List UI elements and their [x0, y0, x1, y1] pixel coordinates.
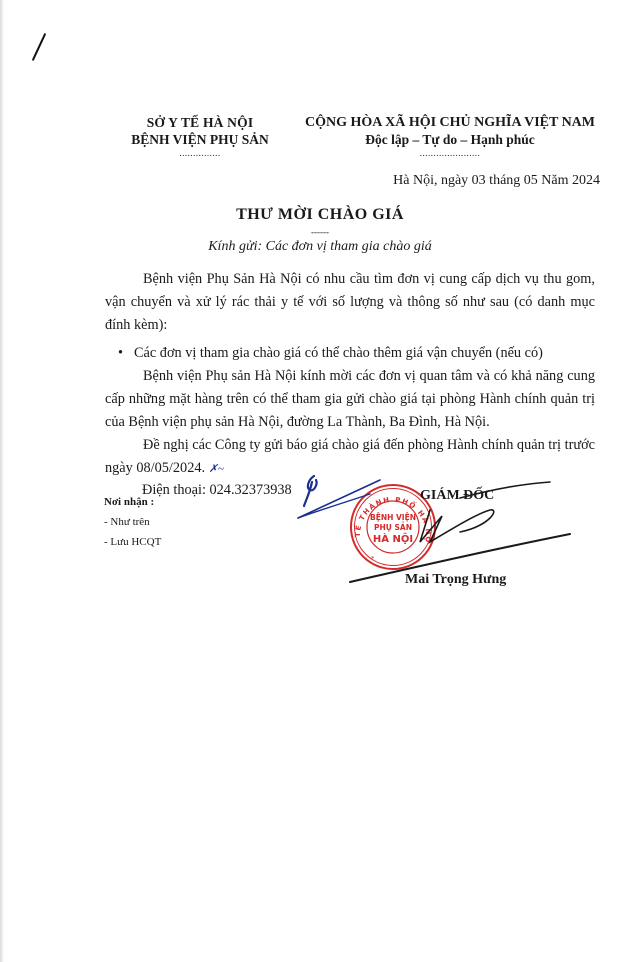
recipient-item: - Như trên: [104, 516, 161, 529]
svg-text:PHỤ SẢN: PHỤ SẢN: [374, 522, 412, 532]
title-separator: ------: [0, 227, 640, 237]
greeting: Kính gửi: Các đơn vị tham gia chào giá: [0, 239, 640, 255]
header-left-separator: ...............: [100, 148, 300, 158]
page-title: THƯ MỜI CHÀO GIÁ: [0, 206, 640, 224]
paragraph-deadline: Đề nghị các Công ty gửi báo giá chào giá…: [105, 434, 595, 481]
initial-mark-icon: ✗~: [209, 463, 224, 475]
department-name: SỞ Y TẾ HÀ NỘI: [100, 114, 300, 131]
recipients-label: Nơi nhận :: [104, 496, 161, 509]
scan-edge: [0, 0, 4, 962]
document-date: Hà Nội, ngày 03 tháng 05 Năm 2024: [360, 172, 600, 190]
deadline-text: Đề nghị các Công ty gửi báo giá chào giá…: [105, 437, 595, 476]
svg-text:BỆNH VIỆN: BỆNH VIỆN: [370, 513, 416, 522]
signer-title: GIÁM ĐỐC: [420, 488, 494, 504]
nation-name: CỘNG HÒA XÃ HỘI CHỦ NGHĨA VIỆT NAM: [300, 114, 600, 131]
bullet-icon: •: [118, 342, 134, 365]
bullet-text: Các đơn vị tham gia chào giá có thể chào…: [134, 345, 543, 361]
paragraph-invitation: Bệnh viện Phụ sản Hà Nội kính mời các đơ…: [105, 365, 595, 434]
issuing-agency: SỞ Y TẾ HÀ NỘI BỆNH VIỆN PHỤ SẢN .......…: [100, 114, 300, 158]
recipient-item: - Lưu HCQT: [104, 536, 161, 549]
svg-text:HÀ NỘI: HÀ NỘI: [373, 532, 413, 545]
phone-number: Điện thoại: 024.32373938: [142, 481, 292, 499]
bullet-item: •Các đơn vị tham gia chào giá có thể chà…: [118, 342, 543, 365]
national-header: CỘNG HÒA XÃ HỘI CHỦ NGHĨA VIỆT NAM Độc l…: [300, 114, 600, 158]
signer-name: Mai Trọng Hưng: [405, 572, 506, 588]
national-motto: Độc lập – Tự do – Hạnh phúc: [300, 131, 600, 148]
header-right-separator: ......................: [300, 148, 600, 158]
hospital-name: BỆNH VIỆN PHỤ SẢN: [100, 131, 300, 148]
svg-text:*: *: [371, 555, 375, 563]
recipients-block: Nơi nhận : - Như trên - Lưu HCQT: [104, 496, 161, 549]
handwritten-slash-mark: [32, 33, 46, 61]
paragraph-request: Bệnh viện Phụ Sản Hà Nội có nhu cầu tìm …: [105, 268, 595, 337]
